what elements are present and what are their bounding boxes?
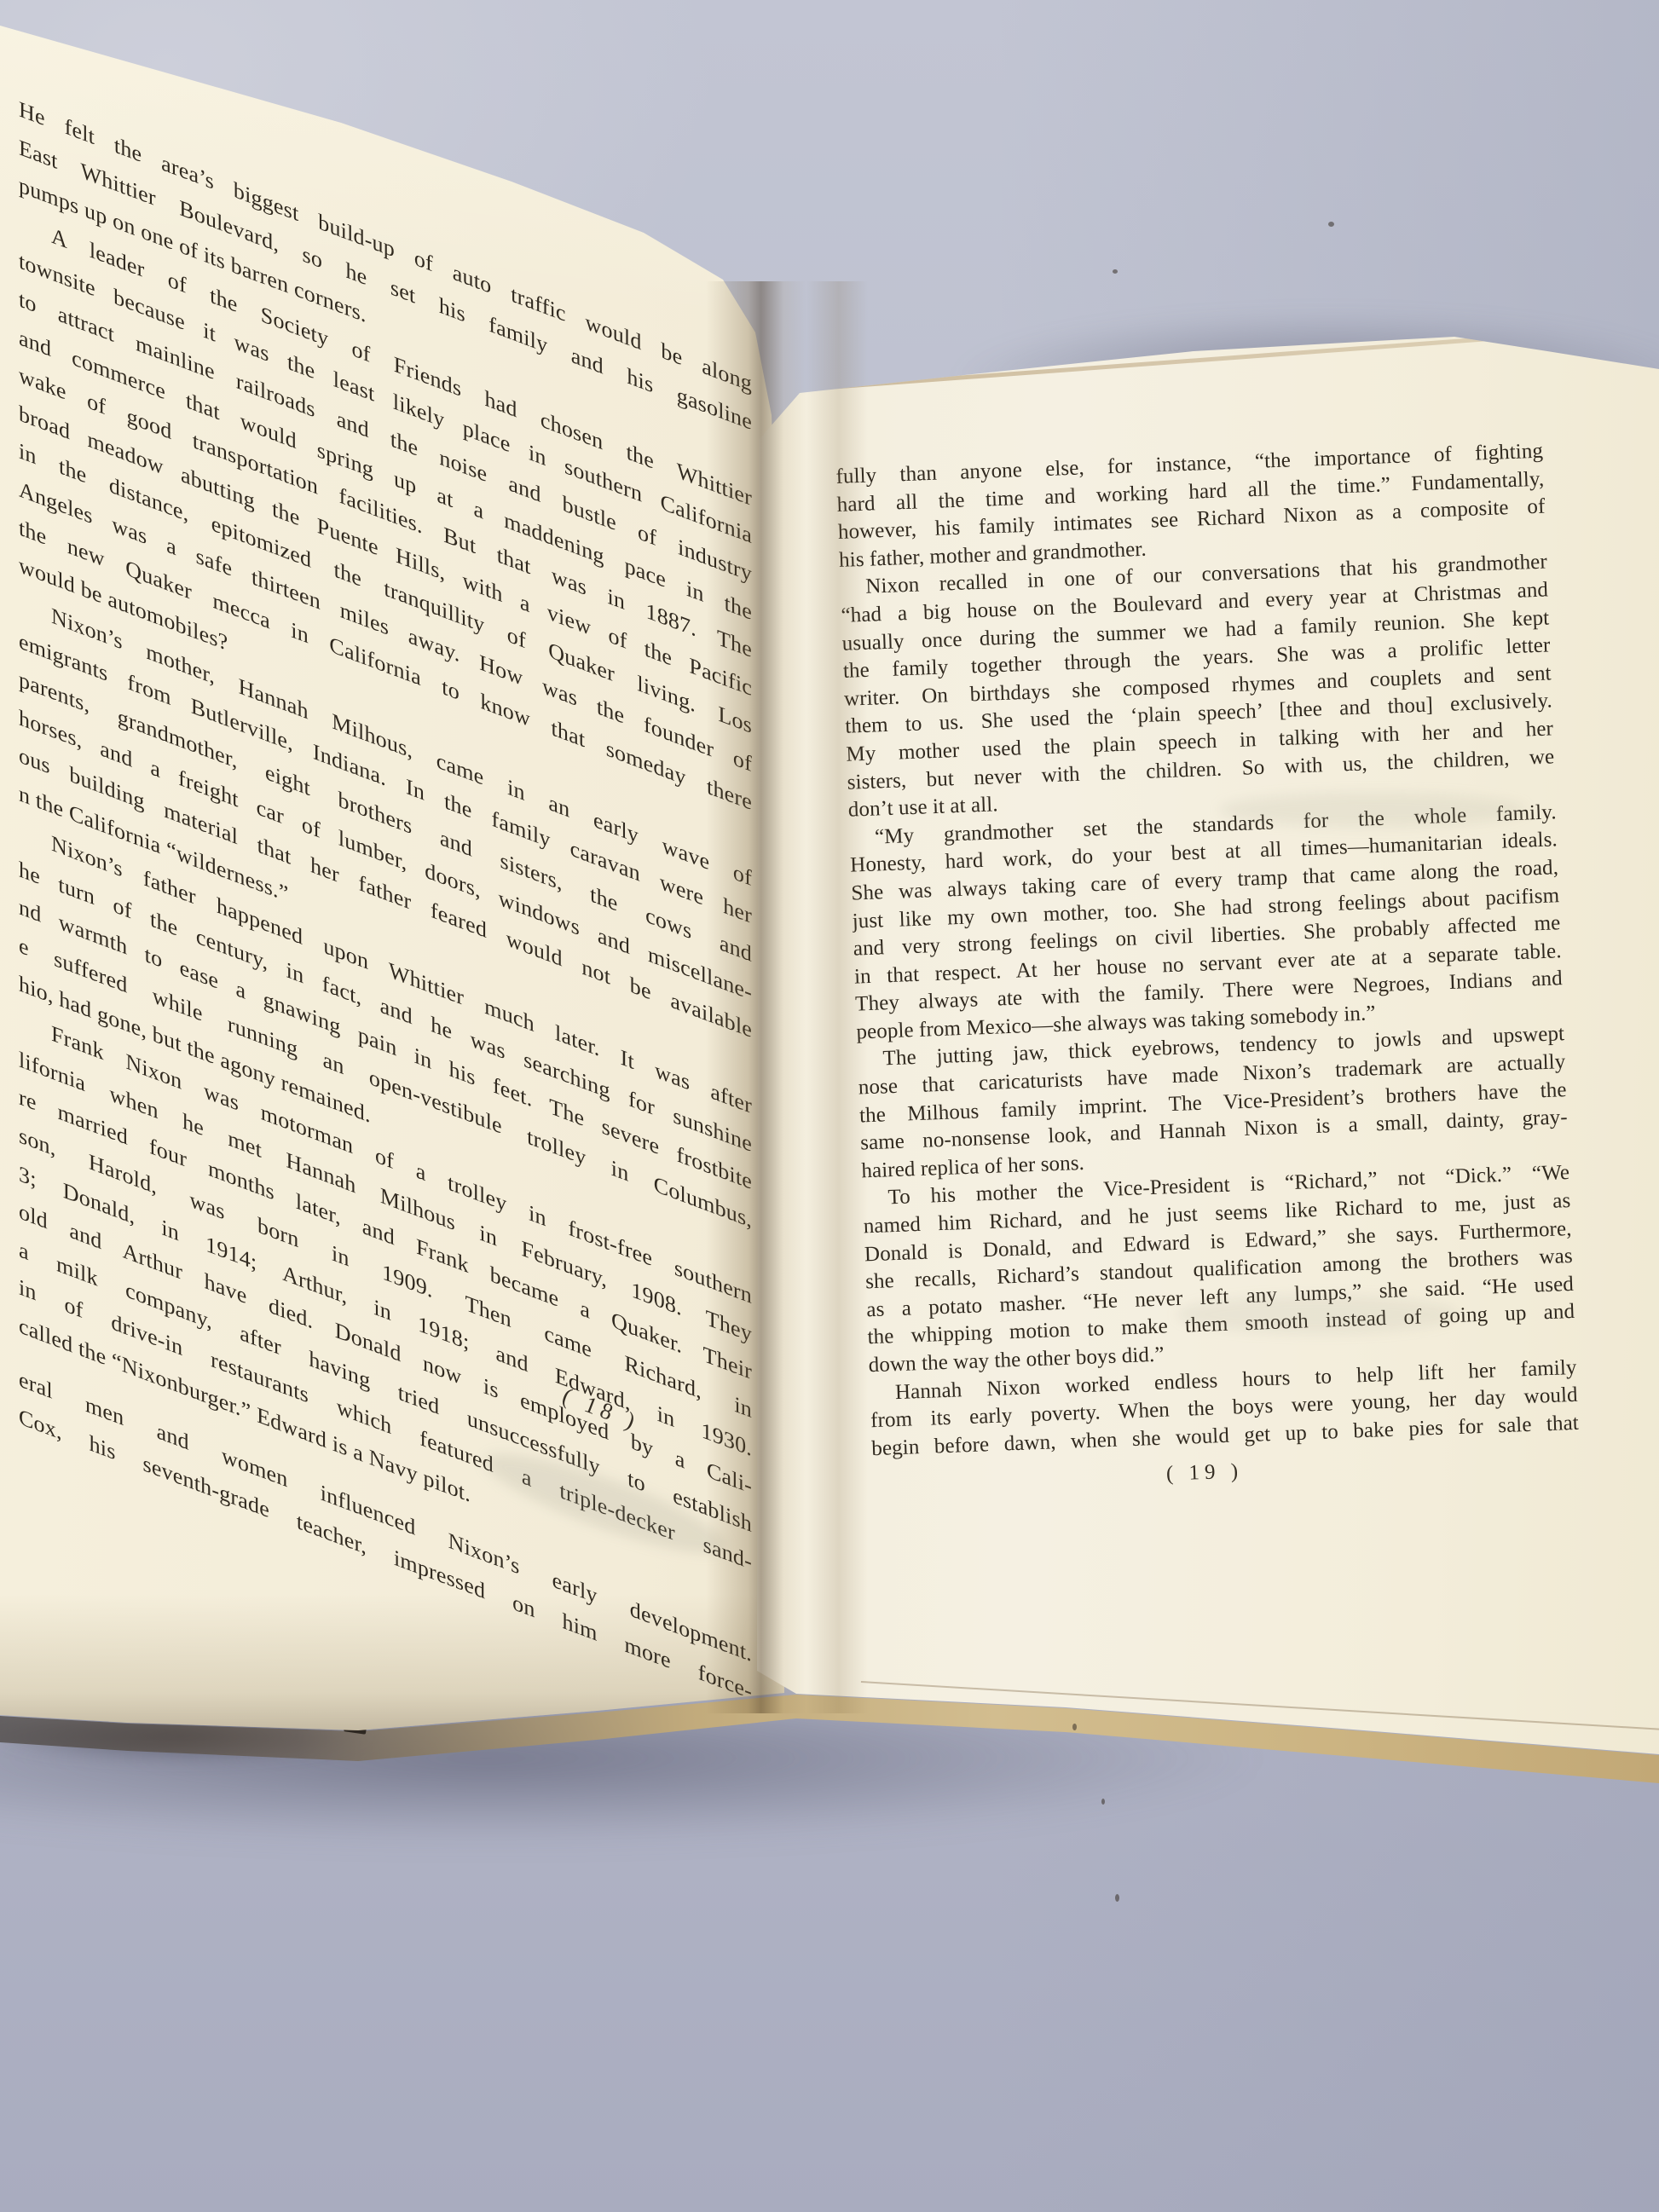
dust-speck: [1101, 1799, 1105, 1805]
show-through-smudge: [1176, 1296, 1458, 1333]
right-page-number: ( 19 ): [1115, 1458, 1295, 1487]
left-page-text: He felt the area’s biggest build-up of a…: [19, 90, 752, 1712]
dust-speck: [1072, 1724, 1077, 1730]
open-book-photo: He felt the area’s biggest build-up of a…: [0, 0, 1659, 2212]
book-gutter-shadow: [706, 281, 868, 1713]
dust-speck: [1115, 1894, 1119, 1902]
dust-speck: [1328, 222, 1334, 227]
show-through-smudge: [1219, 793, 1526, 827]
dust-speck: [1113, 269, 1118, 274]
